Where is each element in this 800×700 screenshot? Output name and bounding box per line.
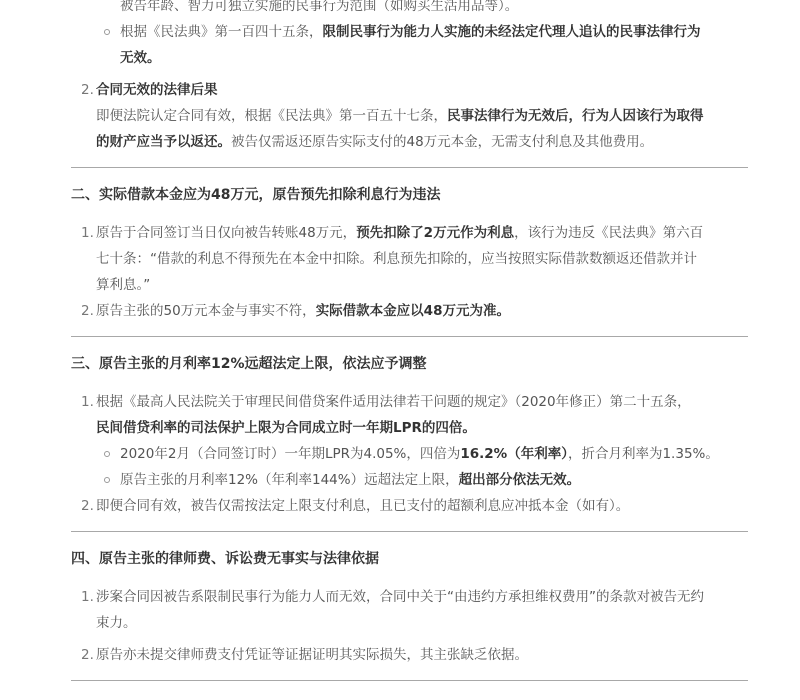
text-normal: 即便合同有效，被告仅需按法定上限支付利息，且已支付的超额利息应冲抵本金（如有）。	[96, 493, 748, 519]
text-normal: 原告主张的月利率12%（年利率144%）远超法定上限，	[120, 472, 459, 488]
hollow-circle-bullet-icon	[104, 29, 110, 35]
text-normal: 原告于合同签订当日仅向被告转账48万元，	[96, 225, 356, 241]
text-normal: 根据《最高人民法院关于审理民间借贷案件适用法律若干问题的规定》（2020年修正）…	[96, 389, 748, 415]
list-number: 2.	[81, 493, 94, 519]
text-bold: 限制民事行为能力人实施的未经法定代理人追认的民事法律行为	[323, 24, 701, 40]
hollow-circle-bullet-icon	[104, 477, 110, 483]
list-number: 2.	[81, 642, 94, 668]
list-item: 2. 原告亦未提交律师费支付凭证等证据证明其实际损失，其主张缺乏依据。	[71, 642, 748, 668]
list-item: 1. 原告于合同签订当日仅向被告转账48万元，预先扣除了2万元作为利息，该行为违…	[71, 220, 748, 298]
text-bold: 的财产应当予以返还。	[96, 134, 231, 150]
section-divider	[71, 167, 748, 168]
list-number: 2.	[81, 298, 94, 324]
list-number: 1.	[81, 389, 94, 415]
text-normal: 涉案合同因被告系限制民事行为能力人而无效，合同中关于“由违约方承担维权费用”的条…	[96, 584, 748, 610]
text-normal: ，该行为违反《民法典》第六百	[514, 225, 703, 241]
sub-item-continuation: 被告年龄、智力可独立实施的民事行为范围（如购买生活用品等）。	[71, 0, 748, 19]
sub-list-item: 2020年2月（合同签订时）一年期LPR为4.05%，四倍为16.2%（年利率）…	[71, 441, 748, 467]
list-item: 2. 合同无效的法律后果 即便法院认定合同有效，根据《民法典》第一百五十七条，民…	[71, 77, 748, 155]
text-normal: 算利息。”	[96, 272, 748, 298]
text-bold: 超出部分依法无效。	[459, 472, 581, 488]
text-normal: 原告亦未提交律师费支付凭证等证据证明其实际损失，其主张缺乏依据。	[96, 642, 748, 668]
text-normal: 即便法院认定合同有效，根据《民法典》第一百五十七条，	[96, 108, 447, 124]
list-number: 1.	[81, 220, 94, 246]
section-heading: 二、实际借款本金应为48万元，原告预先扣除利息行为违法	[71, 182, 748, 208]
text-normal: 束力。	[96, 610, 748, 636]
list-number: 2.	[81, 77, 94, 103]
text-normal: 原告主张的50万元本金与事实不符，	[96, 303, 316, 319]
text-bold: 民事法律行为无效后，行为人因该行为取得	[447, 108, 704, 124]
hollow-circle-bullet-icon	[104, 451, 110, 457]
section-divider	[71, 531, 748, 532]
list-item-title: 合同无效的法律后果	[96, 82, 218, 98]
section-divider	[71, 336, 748, 337]
text-normal: ，折合月利率为1.35%。	[568, 446, 719, 462]
section-heading: 四、原告主张的律师费、诉讼费无事实与法律依据	[71, 546, 748, 572]
text-bold: 无效。	[120, 50, 161, 66]
sub-list-item: 原告主张的月利率12%（年利率144%）远超法定上限，超出部分依法无效。	[71, 467, 748, 493]
text-normal: 根据《民法典》第一百四十五条，	[120, 24, 323, 40]
text-normal: 2020年2月（合同签订时）一年期LPR为4.05%，四倍为	[120, 446, 460, 462]
text-normal: 七十条：“借款的利息不得预先在本金中扣除。利息预先扣除的，应当按照实际借款数额返…	[96, 246, 748, 272]
document-body: 被告年龄、智力可独立实施的民事行为范围（如购买生活用品等）。 根据《民法典》第一…	[71, 0, 748, 681]
list-item: 1. 涉案合同因被告系限制民事行为能力人而无效，合同中关于“由违约方承担维权费用…	[71, 584, 748, 636]
section-heading: 三、原告主张的月利率12%远超法定上限，依法应予调整	[71, 351, 748, 377]
text-normal: 被告仅需返还原告实际支付的48万元本金，无需支付利息及其他费用。	[231, 134, 653, 150]
text-bold: 民间借贷利率的司法保护上限为合同成立时一年期LPR的四倍。	[96, 420, 476, 436]
list-number: 1.	[81, 584, 94, 610]
list-item: 1. 根据《最高人民法院关于审理民间借贷案件适用法律若干问题的规定》（2020年…	[71, 389, 748, 441]
section-divider	[71, 680, 748, 681]
list-item: 2. 原告主张的50万元本金与事实不符，实际借款本金应以48万元为准。	[71, 298, 748, 324]
text-bold: 预先扣除了2万元作为利息	[356, 225, 514, 241]
sub-list-item: 根据《民法典》第一百四十五条，限制民事行为能力人实施的未经法定代理人追认的民事法…	[71, 19, 748, 71]
text-bold: 实际借款本金应以48万元为准。	[316, 303, 510, 319]
text-bold: 16.2%（年利率）	[460, 446, 568, 462]
list-item: 2. 即便合同有效，被告仅需按法定上限支付利息，且已支付的超额利息应冲抵本金（如…	[71, 493, 748, 519]
